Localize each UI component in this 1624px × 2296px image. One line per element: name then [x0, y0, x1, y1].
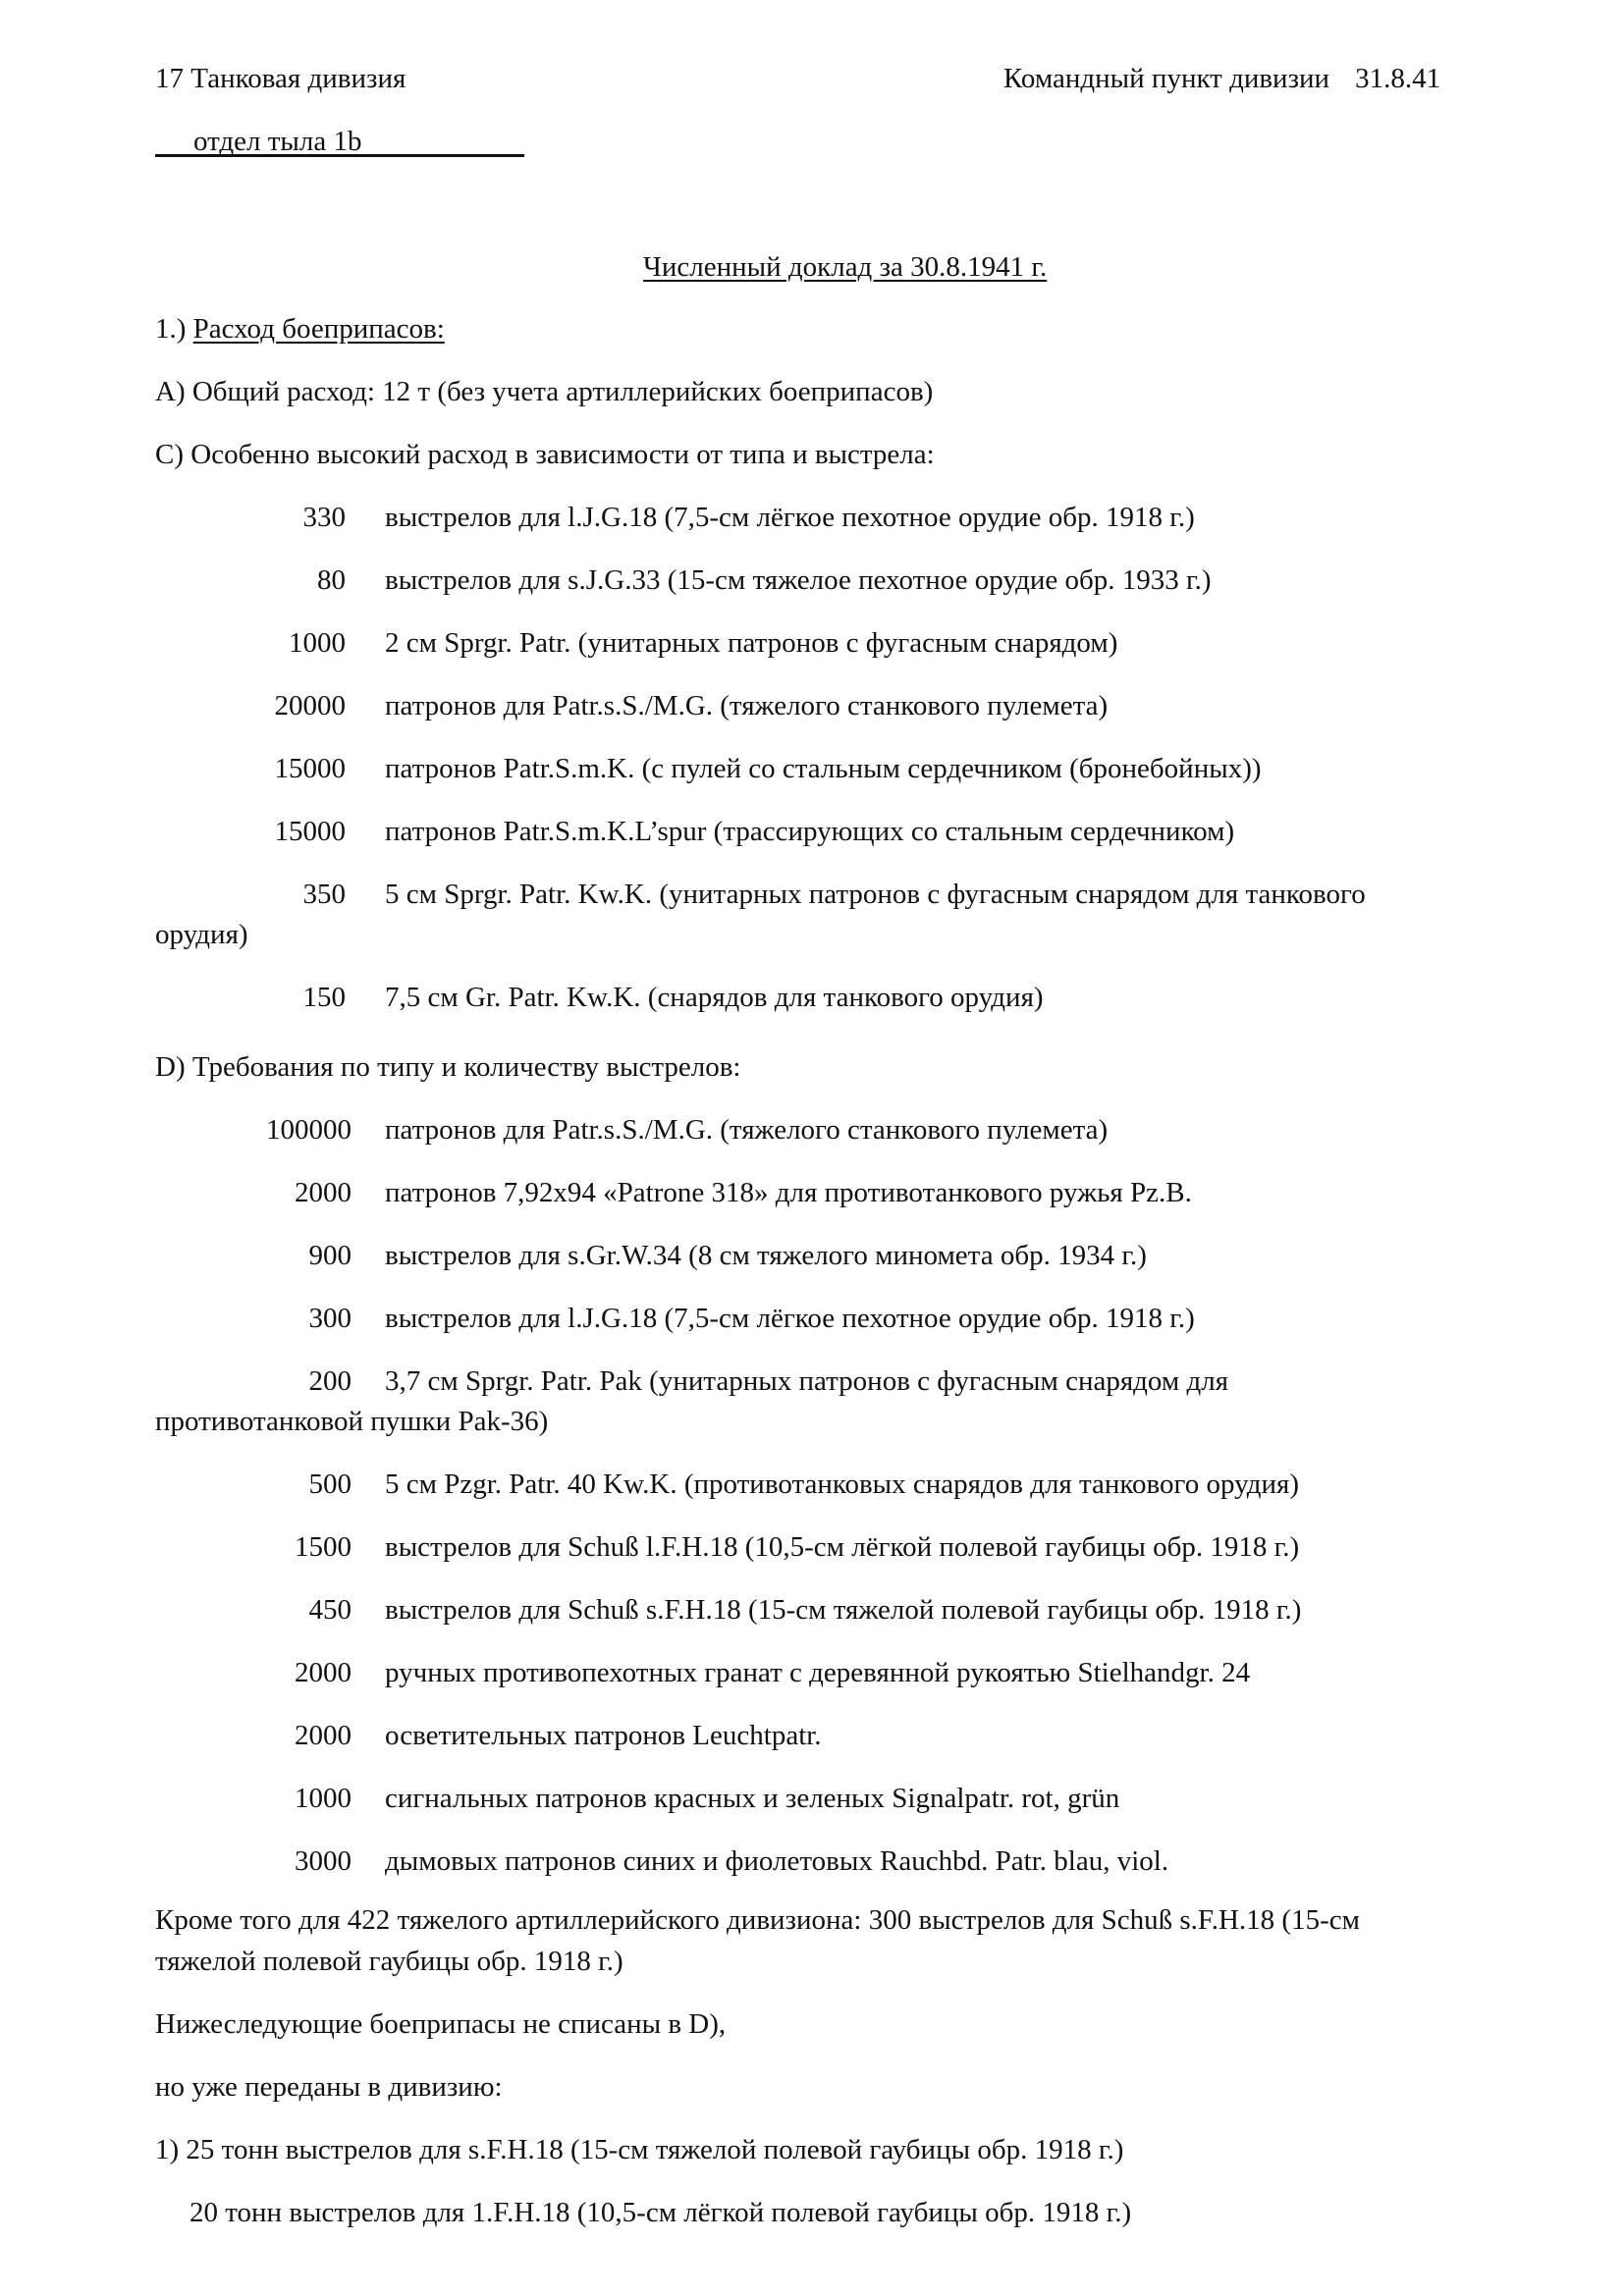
report-date: 31.8.41: [1355, 63, 1440, 94]
item-description: 5 см Sprgr. Patr. Kw.K. (унитарных патро…: [385, 881, 1366, 909]
item-quantity: 1500: [295, 1533, 352, 1562]
delivered-item-1: 1) 25 тонн выстрелов для s.F.H.18 (15-см…: [155, 2136, 1123, 2164]
delivered-item-2: 20 тонн выстрелов для 1.F.H.18 (10,5-см …: [189, 2199, 1131, 2227]
item-quantity: 15000: [275, 755, 347, 783]
item-quantity: 200: [309, 1367, 352, 1396]
item-quantity: 330: [303, 504, 347, 532]
note-line-2: но уже переданы в дивизию:: [155, 2073, 503, 2102]
command-post: Командный пункт дивизии31.8.41: [1003, 65, 1440, 93]
item-description: 7,5 см Gr. Patr. Kw.K. (снарядов для тан…: [385, 984, 1044, 1012]
department: отдел тыла 1b: [193, 128, 362, 156]
item-description: выстрелов для Schuß s.F.H.18 (15-см тяже…: [385, 1596, 1301, 1625]
item-description: патронов 7,92х94 «Patrone 318» для проти…: [385, 1179, 1192, 1207]
item-quantity: 2000: [295, 1659, 352, 1687]
item-quantity: 1000: [295, 1785, 352, 1813]
item-description: выстрелов для s.Gr.W.34 (8 см тяжелого м…: [385, 1242, 1147, 1270]
item-description: выстрелов для l.J.G.18 (7,5-см лёгкое пе…: [385, 1305, 1195, 1333]
item-description: патронов для Patr.s.S./M.G. (тяжелого ст…: [385, 1116, 1108, 1145]
item-description-continued: орудия): [155, 921, 248, 949]
subsection-c: С) Особенно высокий расход в зависимости…: [155, 441, 935, 469]
note-line-1: Нижеследующие боеприпасы не списаны в D)…: [155, 2010, 726, 2039]
item-quantity: 900: [309, 1242, 352, 1270]
item-quantity: 2000: [295, 1722, 352, 1750]
item-quantity: 20000: [275, 692, 347, 721]
section-title: Расход боеприпасов:: [193, 313, 445, 345]
subsection-d: D) Требования по типу и количеству выстр…: [155, 1053, 740, 1082]
page-title: Численный доклад за 30.8.1941 г.: [643, 253, 1047, 282]
item-description: выстрелов для l.J.G.18 (7,5-см лёгкое пе…: [385, 504, 1195, 532]
item-description: сигнальных патронов красных и зеленых Si…: [385, 1785, 1119, 1813]
item-description: 5 см Pzgr. Patr. 40 Kw.K. (противотанков…: [385, 1470, 1299, 1499]
section-number: 1.): [155, 313, 186, 345]
item-quantity: 450: [309, 1596, 352, 1625]
item-description: ручных противопехотных гранат с деревянн…: [385, 1659, 1250, 1687]
item-description: патронов Patr.S.m.K. (с пулей со стальны…: [385, 755, 1262, 783]
subsection-a: А) Общий расход: 12 т (без учета артилле…: [155, 378, 933, 406]
additionally-line-2: тяжелой полевой гаубицы обр. 1918 г.): [155, 1948, 623, 1976]
division-name: 17 Танковая дивизия: [155, 65, 406, 93]
item-quantity: 100000: [266, 1116, 352, 1145]
section-heading: 1.) Расход боеприпасов:: [155, 315, 445, 344]
item-quantity: 1000: [289, 629, 346, 658]
item-description: патронов Patr.S.m.K.L’spur (трассирующих…: [385, 818, 1234, 846]
item-description: 2 см Sprgr. Patr. (унитарных патронов с …: [385, 629, 1117, 658]
item-description: выстрелов для Schuß l.F.H.18 (10,5-см лё…: [385, 1533, 1299, 1562]
item-description: дымовых патронов синих и фиолетовых Rauc…: [385, 1847, 1168, 1876]
item-description: патронов для Patr.s.S./M.G. (тяжелого ст…: [385, 692, 1108, 721]
item-quantity: 150: [303, 984, 347, 1012]
item-description: выстрелов для s.J.G.33 (15-см тяжелое пе…: [385, 566, 1212, 595]
item-quantity: 80: [317, 566, 346, 595]
item-quantity: 300: [309, 1305, 352, 1333]
additionally-line-1: Кроме того для 422 тяжелого артиллерийск…: [155, 1906, 1360, 1935]
item-description-continued: противотанковой пушки Pak-36): [155, 1408, 548, 1436]
item-quantity: 3000: [295, 1847, 352, 1876]
item-description: 3,7 см Sprgr. Patr. Pak (унитарных патро…: [385, 1367, 1228, 1396]
item-description: осветительных патронов Leuchtpatr.: [385, 1722, 822, 1750]
item-quantity: 500: [309, 1470, 352, 1499]
item-quantity: 350: [303, 881, 347, 909]
command-post-label: Командный пункт дивизии: [1003, 63, 1329, 94]
item-quantity: 2000: [295, 1179, 352, 1207]
item-quantity: 15000: [275, 818, 347, 846]
